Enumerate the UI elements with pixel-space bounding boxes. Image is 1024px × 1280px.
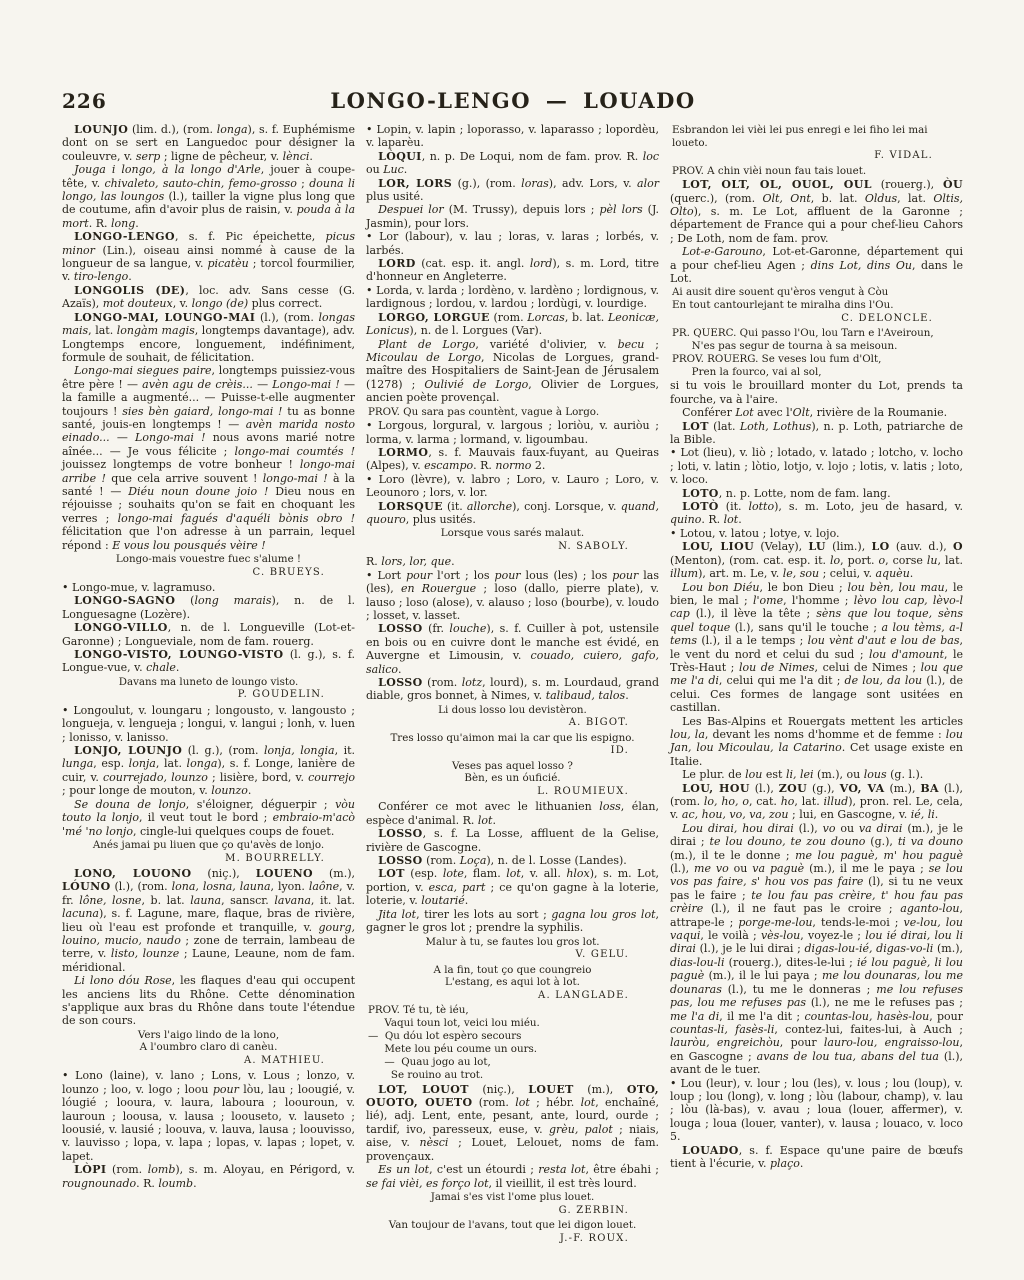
attribution: N. SABOLY. [366,541,659,553]
cross-reference-list: • Lopin, v. lapin ; loporasso, v. lapara… [366,123,659,150]
dictionary-entry: LOU, LIOU (Velay), LU (lim.), LO (auv. d… [670,540,963,580]
cross-reference-list: • Longo-mue, v. lagramuso. [62,581,355,594]
proverb-quote: PR. QUERC. Qui passo l'Ou, lou Tarn e l'… [672,327,963,352]
example-paragraph: Lou dirai, hou dirai (l.), vo ou va dira… [670,822,963,1077]
dictionary-entry: LORGO, LORGUE (rom. Lorcas, b. lat. Leon… [366,311,659,338]
dictionary-entry: LONGO-VISTO, LOUNGO-VISTO (l. g.), s. f.… [62,648,355,675]
cross-reference-list: • Lort pour l'ort ; los pour lous (les) … [366,569,659,623]
example-paragraph: Es un lot, c'est un étourdi ; resta lot,… [366,1163,659,1190]
cross-reference-list: • Lor (labour), v. lau ; loras, v. laras… [366,230,659,257]
dictionary-entry: LOTÒ (it. lotto), s. m. Loto, jeu de has… [670,500,963,527]
dictionary-entry: LÒPI (rom. lomb), s. m. Aloyau, en Périg… [62,1163,355,1190]
proverb-quote: Esbrandon lei vièi lei pus enregi e lei … [672,124,963,149]
dictionary-entry: LOT (lat. Loth, Lothus), n. p. Loth, pat… [670,420,963,447]
dictionary-entry: LOU, HOU (l.), ZOU (g.), VO, VA (m.), BA… [670,782,963,822]
page-content: 226 LONGO-LENGO — LOUADO LOUNJO (lim. d.… [0,0,1024,1247]
attribution: A. BIGOT. [366,717,659,729]
dictionary-entry: LOSSO (rom. Loça), n. de l. Losse (Lande… [366,854,659,867]
dictionary-entry: LORMO, s. f. Mauvais faux-fuyant, au Que… [366,446,659,473]
continuation-paragraph: R. lors, lor, que. [366,555,659,568]
dictionary-entry: LOTO, n. p. Lotte, nom de fam. lang. [670,487,963,500]
dictionary-entry: LONGO-MAI, LOUNGO-MAI (l.), (rom. longas… [62,311,355,365]
dictionary-entry: LOSSO, s. f. La Losse, affluent de la Ge… [366,827,659,854]
proverb-quote: PROV. A chin vièi noun fau tais louet. [672,165,963,178]
cross-reference-list: • Lorgous, lorgural, v. largous ; loriòu… [366,419,659,446]
text-column: LOUNJO (lim. d.), (rom. longa), s. f. Eu… [62,123,355,1247]
dictionary-entry: LONGO-SAGNO (long marais), n. de l. Long… [62,594,355,621]
example-paragraph: Jita lot, tirer les lots au sort ; gagna… [366,908,659,935]
verse-quote: Vers l'aigo lindo de la lono, A l'oumbro… [62,1029,355,1054]
dictionary-entry: LONGO-LENGO, s. f. Pic épeichette, picus… [62,230,355,284]
attribution: A. MATHIEU. [62,1055,355,1067]
dictionary-entry: LORD (cat. esp. it. angl. lord), s. m. L… [366,257,659,284]
verse-quote: Davans ma luneto de loungo visto. [62,676,355,689]
attribution: J.-F. ROUX. [366,1233,659,1245]
proverb-quote: Ai ausit dire souent qu'èros vengut à Cò… [672,286,963,311]
example-paragraph: Le plur. de lou est li, lei (m.), ou lou… [670,768,963,781]
example-paragraph: Conférer Lot avec l'Olt, rivière de la R… [670,406,963,419]
dictionary-entry: LONJO, LOUNJO (l. g.), (rom. lonja, long… [62,744,355,798]
example-paragraph: Despuei lor (M. Trussy), depuis lors ; p… [366,203,659,230]
example-paragraph: Conférer ce mot avec le lithuanien loss,… [366,800,659,827]
verse-quote: Lorsque vous sarés malaut. [366,527,659,540]
verse-quote: Van toujour de l'avans, tout que lei dig… [366,1219,659,1232]
attribution: L. ROUMIEUX. [366,786,659,798]
verse-quote: Li dous losso lou devistèron. [366,704,659,717]
attribution: P. GOUDELIN. [62,689,355,701]
cross-reference-list: • Lotou, v. latou ; lotye, v. lojo. [670,527,963,540]
dictionary-page: 226 LONGO-LENGO — LOUADO LOUNJO (lim. d.… [0,0,1024,1280]
dictionary-entry: LORSQUE (it. allorche), conj. Lorsque, v… [366,500,659,527]
dictionary-entry: LOT (esp. lote, flam. lot, v. all. hlox)… [366,867,659,907]
verse-quote: Veses pas aquel losso ? Bèn, es un óufic… [366,760,659,785]
verse-quote: Anés jamai pu liuen que ço qu'avès de lo… [62,839,355,852]
cross-reference-list: • Lot (lieu), v. liò ; lotado, v. latado… [670,446,963,486]
dictionary-entry: LOT, LOUOT (niç.), LOUET (m.), OTO, OUOT… [366,1083,659,1163]
verse-quote: Longo-mais vouestre fuec s'alume ! [62,553,355,566]
page-header: 226 LONGO-LENGO — LOUADO [62,88,964,113]
example-paragraph: Se douna de lonjo, s'éloigner, déguerpir… [62,798,355,838]
attribution: C. DELONCLE. [670,313,963,325]
proverb-quote: PROV. Qu sara pas countènt, vague à Lorg… [368,406,659,419]
attribution: ID. [366,745,659,757]
proverb-quote: — Qu dóu lot espèro secours Mete lou péu… [368,1030,659,1055]
example-paragraph: Les Bas-Alpins et Rouergats mettent les … [670,715,963,769]
attribution: M. BOURRELLY. [62,853,355,865]
page-number: 226 [62,89,182,113]
dictionary-entry: LOSSO (rom. lotz, lourd), s. m. Lourdaud… [366,676,659,703]
dictionary-entry: LOUADO, s. f. Espace qu'une paire de bœu… [670,1144,963,1171]
example-paragraph: Plant de Lorgo, variété d'olivier, v. be… [366,338,659,405]
attribution: G. ZERBIN. [366,1205,659,1217]
cross-reference-list: • Lono (laine), v. lano ; Lons, v. Lous … [62,1069,355,1163]
example-paragraph: Longo-mai siegues paire, longtemps puiss… [62,364,355,552]
text-columns: LOUNJO (lim. d.), (rom. longa), s. f. Eu… [62,123,964,1247]
verse-quote: A la fin, tout ço que coungreio L'estang… [366,964,659,989]
example-paragraph: Lou bon Diéu, le bon Dieu ; lou bèn, lou… [670,581,963,715]
running-title: LONGO-LENGO — LOUADO [182,88,844,113]
proverb-quote: PROV. ROUERG. Se veses lou fum d'Olt, Pr… [672,353,963,378]
attribution: F. VIDAL. [670,150,963,162]
example-paragraph: Li lono dóu Rose, les flaques d'eau qui … [62,974,355,1028]
dictionary-entry: LONGOLIS (DE), loc. adv. Sans cesse (G. … [62,284,355,311]
cross-reference-list: • Lorda, v. larda ; lordèno, v. lardèno … [366,284,659,311]
verse-quote: Tres losso qu'aimon mai la car que lis e… [366,732,659,745]
dictionary-entry: LOSSO (fr. louche), s. f. Cuiller à pot,… [366,622,659,676]
cross-reference-list: • Longoulut, v. loungaru ; longousto, v.… [62,704,355,744]
cross-reference-list: • Loro (lèvre), v. labro ; Loro, v. Laur… [366,473,659,500]
text-column: Esbrandon lei vièi lei pus enregi e lei … [670,123,963,1247]
dictionary-entry: LONO, LOUONO (niç.), LOUENO (m.), LÓUNO … [62,867,355,974]
example-paragraph: Jouga i longo, à la longo d'Arle, jouer … [62,163,355,230]
dictionary-entry: LOR, LORS (g.), (rom. loras), adv. Lors,… [366,177,659,204]
attribution: V. GELU. [366,949,659,961]
text-column: • Lopin, v. lapin ; loporasso, v. lapara… [366,123,659,1247]
verse-quote: Malur à tu, se fautes lou gros lot. [366,936,659,949]
attribution: C. BRUEYS. [62,567,355,579]
proverb-quote: — Quau jogo au lot, Se rouino au trot. [368,1056,659,1081]
dictionary-entry: LOT, OLT, OL, OUOL, OUL (rouerg.), ÒU (q… [670,178,963,245]
example-paragraph: Lot-e-Garouno, Lot-et-Garonne, départeme… [670,245,963,285]
verse-quote: Jamai s'es vist l'ome plus louet. [366,1191,659,1204]
dictionary-entry: LÒQUI, n. p. De Loqui, nom de fam. prov.… [366,150,659,177]
dictionary-entry: LONGO-VILLO, n. de l. Longueville (Lot-e… [62,621,355,648]
attribution: A. LANGLADE. [366,990,659,1002]
proverb-quote: PROV. Té tu, tè iéu, Vaqui toun lot, vei… [368,1004,659,1029]
dictionary-entry: LOUNJO (lim. d.), (rom. longa), s. f. Eu… [62,123,355,163]
continuation-paragraph: si tu vois le brouillard monter du Lot, … [670,379,963,406]
cross-reference-list: • Lou (leur), v. lour ; lou (les), v. lo… [670,1077,963,1144]
